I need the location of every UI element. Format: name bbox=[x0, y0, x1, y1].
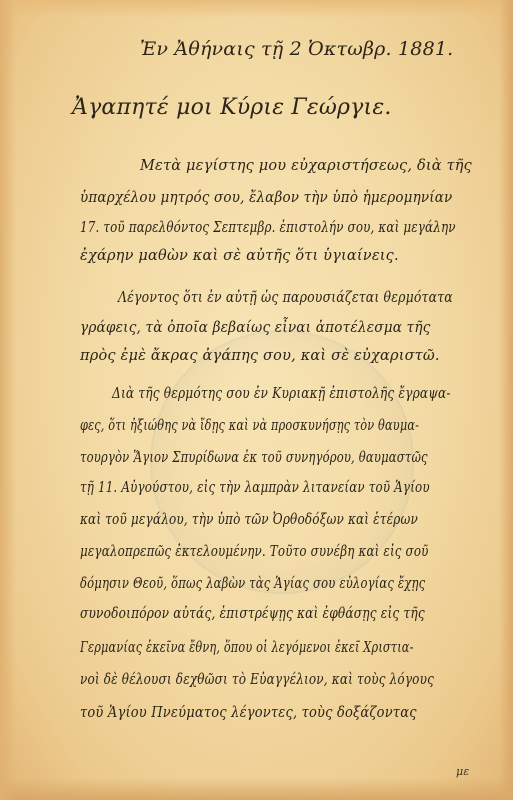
letter-line: τῇ 11. Αὐγούστου, εἰς τὴν λαμπρὰν λιτανε… bbox=[80, 480, 430, 496]
paper-edge-top bbox=[0, 0, 513, 18]
letter-line: Λέγοντος ὅτι ἐν αὐτῇ ὡς παρουσιάζεται θε… bbox=[118, 290, 453, 306]
letter-line: μεγαλοπρεπῶς ἐκτελουμένην. Τοῦτο συνέβη … bbox=[80, 544, 429, 560]
paper-edge-left bbox=[0, 0, 16, 800]
letter-line: Μετὰ μεγίστης μου εὐχαριστήσεως, διὰ τῆς bbox=[140, 158, 472, 174]
letter-line: Διὰ τῆς θερμότης σου ἐν Κυριακῇ ἐπιστολῆ… bbox=[112, 386, 451, 402]
letter-line: ἐχάρην μαθὼν καὶ σὲ αὐτῆς ὅτι ὑγιαίνεις. bbox=[80, 248, 399, 264]
letter-line: 17. τοῦ παρελθόντος Σεπτεμβρ. ἐπιστολήν … bbox=[80, 220, 456, 236]
letter-line: πρὸς ἐμὲ ἄκρας ἀγάπης σου, καὶ σὲ εὐχαρι… bbox=[80, 348, 440, 364]
paper-edge-right bbox=[499, 0, 513, 800]
letter-line: συνοδοιπόρον αὐτάς, ἐπιστρέψῃς καὶ ἐφθάσ… bbox=[80, 606, 425, 622]
letter-line: φες, ὅτι ἠξιώθης νὰ ἴδῃς καὶ νὰ προσκυνή… bbox=[80, 418, 419, 434]
letter-dateline: Ἐν Ἀθήναις τῇ 2 Ὀκτωβρ. 1881. bbox=[140, 38, 453, 60]
letter-line: τουργὸν Ἅγιον Σπυρίδωνα ἐκ τοῦ συνηγόρου… bbox=[80, 450, 428, 466]
letter-line: Γερμανίας ἐκεῖνα ἔθνη, ὅπου οἱ λεγόμενοι… bbox=[80, 640, 414, 656]
catchword: με bbox=[456, 765, 469, 778]
letter-line: τοῦ Ἁγίου Πνεύματος λέγοντες, τοὺς δοξάζ… bbox=[80, 705, 417, 721]
letter-line: καὶ τοῦ μεγάλου, τὴν ὑπὸ τῶν Ὀρθοδόξων κ… bbox=[80, 512, 418, 528]
paper-edge-bottom bbox=[0, 778, 513, 800]
letter-line: δόμησιν Θεοῦ, ὅπως λαβὼν τὰς Ἁγίας σου ε… bbox=[80, 576, 425, 592]
letter-salutation: Ἀγαπητέ μοι Κύριε Γεώργιε. bbox=[72, 95, 392, 120]
letter-page: Ἐν Ἀθήναις τῇ 2 Ὀκτωβρ. 1881. Ἀγαπητέ μο… bbox=[0, 0, 513, 800]
letter-line: ὑπαρχέλου μητρός σου, ἔλαβον τὴν ὑπὸ ἡμε… bbox=[80, 190, 452, 206]
letter-line: γράφεις, τὰ ὁποῖα βεβαίως εἶναι ἀποτέλεσ… bbox=[80, 320, 431, 336]
letter-line: νοὶ δὲ θέλουσι δεχθῶσι τὸ Εὐαγγέλιον, κα… bbox=[80, 672, 434, 688]
